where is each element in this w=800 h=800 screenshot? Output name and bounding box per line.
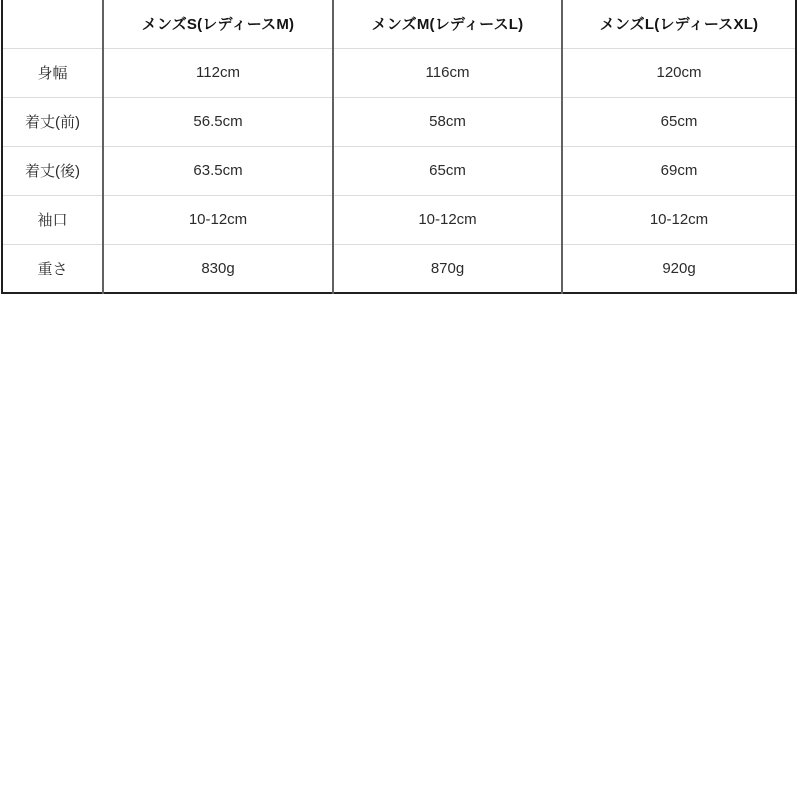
row-label: 身幅 bbox=[2, 48, 103, 97]
header-row: メンズS(レディースM) メンズM(レディースL) メンズL(レディースXL) bbox=[2, 0, 796, 48]
value-cell: 58cm bbox=[333, 97, 562, 146]
row-label: 着丈(前) bbox=[2, 97, 103, 146]
column-header-mens-m: メンズM(レディースL) bbox=[333, 0, 562, 48]
row-label: 袖口 bbox=[2, 195, 103, 244]
value-cell: 65cm bbox=[562, 97, 796, 146]
value-cell: 10-12cm bbox=[562, 195, 796, 244]
table-row-body-width: 身幅 112cm 116cm 120cm bbox=[2, 48, 796, 97]
row-label: 着丈(後) bbox=[2, 146, 103, 195]
table-row-weight: 重さ 830g 870g 920g bbox=[2, 244, 796, 293]
value-cell: 120cm bbox=[562, 48, 796, 97]
corner-cell bbox=[2, 0, 103, 48]
value-cell: 870g bbox=[333, 244, 562, 293]
size-chart-table: メンズS(レディースM) メンズM(レディースL) メンズL(レディースXL) … bbox=[1, 0, 797, 294]
row-label: 重さ bbox=[2, 244, 103, 293]
value-cell: 830g bbox=[103, 244, 333, 293]
value-cell: 920g bbox=[562, 244, 796, 293]
value-cell: 56.5cm bbox=[103, 97, 333, 146]
table-row-cuff: 袖口 10-12cm 10-12cm 10-12cm bbox=[2, 195, 796, 244]
value-cell: 112cm bbox=[103, 48, 333, 97]
value-cell: 10-12cm bbox=[103, 195, 333, 244]
size-chart-page: メンズS(レディースM) メンズM(レディースL) メンズL(レディースXL) … bbox=[0, 0, 800, 800]
table-row-length-back: 着丈(後) 63.5cm 65cm 69cm bbox=[2, 146, 796, 195]
value-cell: 10-12cm bbox=[333, 195, 562, 244]
column-header-mens-s: メンズS(レディースM) bbox=[103, 0, 333, 48]
value-cell: 65cm bbox=[333, 146, 562, 195]
value-cell: 69cm bbox=[562, 146, 796, 195]
column-header-mens-l: メンズL(レディースXL) bbox=[562, 0, 796, 48]
table-row-length-front: 着丈(前) 56.5cm 58cm 65cm bbox=[2, 97, 796, 146]
value-cell: 116cm bbox=[333, 48, 562, 97]
value-cell: 63.5cm bbox=[103, 146, 333, 195]
